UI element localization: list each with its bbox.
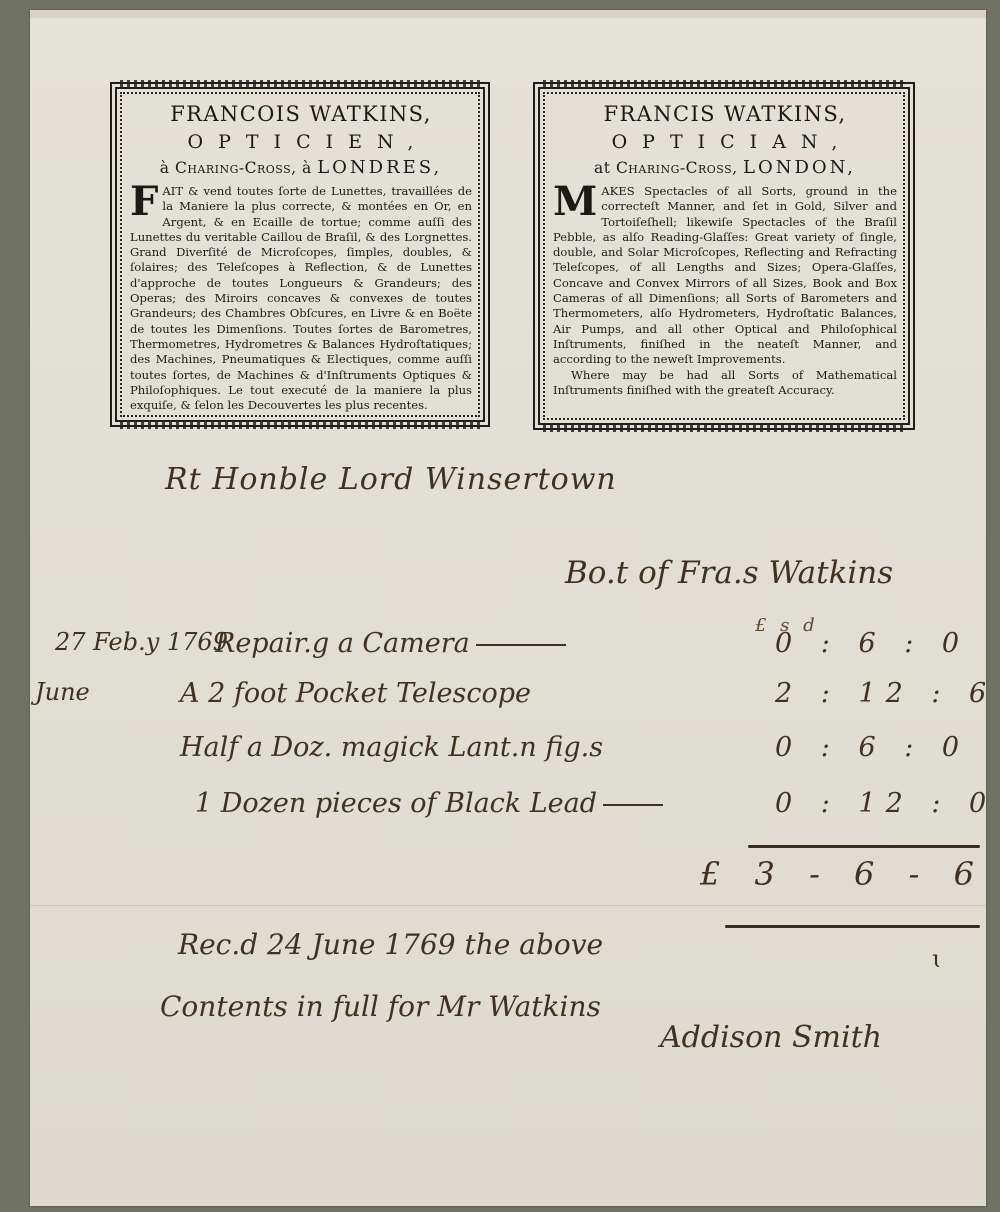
ornament-top xyxy=(543,80,905,89)
address-city: LONDON, xyxy=(743,157,856,178)
bought-of-line: Bo.t of Fra.s Watkins xyxy=(565,555,893,591)
card-body-text: AKES Spectacles of all Sorts, ground in … xyxy=(553,184,897,368)
card-body: M AKES Spectacles of all Sorts, ground i… xyxy=(553,184,897,398)
paper-fold-line xyxy=(30,905,986,906)
card-name: FRANCOIS WATKINS, xyxy=(130,102,472,126)
card-body-text: AIT & vend toutes ſorte de Lunettes, tra… xyxy=(130,184,472,413)
address-mid: à xyxy=(302,159,312,177)
address-city: LONDRES, xyxy=(317,157,442,178)
ornament-bottom xyxy=(543,423,905,432)
row-amount: 2 : 12 : 6 xyxy=(775,678,996,709)
drop-cap: F xyxy=(130,186,158,218)
address-street: Charing-Cross, xyxy=(616,159,738,177)
row-description: A 2 foot Pocket Telescope xyxy=(180,678,531,709)
signature: Addison Smith xyxy=(660,1020,882,1055)
addressee: Rt Honble Lord Winsertown xyxy=(165,462,617,497)
card-address: at Charing-Cross, LONDON, xyxy=(553,157,897,178)
margin-mark: ɩ xyxy=(932,945,941,973)
bill-row: June A 2 foot Pocket Telescope 2 : 12 : … xyxy=(0,678,1000,718)
drop-cap: M xyxy=(553,186,597,218)
bill-total: £ 3 - 6 - 6 xyxy=(700,855,986,893)
row-description: 1 Dozen pieces of Black Lead xyxy=(195,788,663,819)
row-description: Half a Doz. magick Lant.n fig.s xyxy=(180,732,603,763)
address-prefix: à xyxy=(160,159,170,177)
receipt-line-2: Contents in full for Mr Watkins xyxy=(160,990,601,1023)
bill-row: Half a Doz. magick Lant.n fig.s 0 : 6 : … xyxy=(0,732,1000,772)
ornament-bottom xyxy=(120,420,480,429)
address-street: Charing-Cross, xyxy=(175,159,297,177)
row-date: 27 Feb.y 1769 xyxy=(55,628,228,656)
bill-row: 27 Feb.y 1769 Repair.g a Camera 0 : 6 : … xyxy=(0,628,1000,668)
row-amount: 0 : 6 : 0 xyxy=(775,732,969,763)
card-trade: OPTICIEN, xyxy=(130,131,472,153)
card-body-text-2: Where may be had all Sorts of Mathematic… xyxy=(553,368,897,399)
row-description: Repair.g a Camera xyxy=(215,628,566,659)
row-amount: 0 : 6 : 0 xyxy=(775,628,969,659)
row-amount: 0 : 12 : 0 xyxy=(775,788,996,819)
trade-card-french: FRANCOIS WATKINS, OPTICIEN, à Charing-Cr… xyxy=(110,82,490,427)
card-name: FRANCIS WATKINS, xyxy=(553,102,897,126)
receipt-line-1: Rec.d 24 June 1769 the above xyxy=(178,928,603,961)
trade-card-english: FRANCIS WATKINS, OPTICIAN, at Charing-Cr… xyxy=(533,82,915,430)
ornament-top xyxy=(120,80,480,89)
address-prefix: at xyxy=(594,159,610,177)
card-trade: OPTICIAN, xyxy=(553,131,897,153)
dash-line xyxy=(603,804,663,806)
card-address: à Charing-Cross, à LONDRES, xyxy=(130,157,472,178)
card-body: F AIT & vend toutes ſorte de Lunettes, t… xyxy=(130,184,472,413)
dash-line xyxy=(476,644,566,646)
total-rule-bottom xyxy=(725,925,980,928)
row-date: June xyxy=(35,678,90,706)
bill-row: 1 Dozen pieces of Black Lead 0 : 12 : 0 xyxy=(0,788,1000,828)
total-rule-top xyxy=(748,845,980,848)
